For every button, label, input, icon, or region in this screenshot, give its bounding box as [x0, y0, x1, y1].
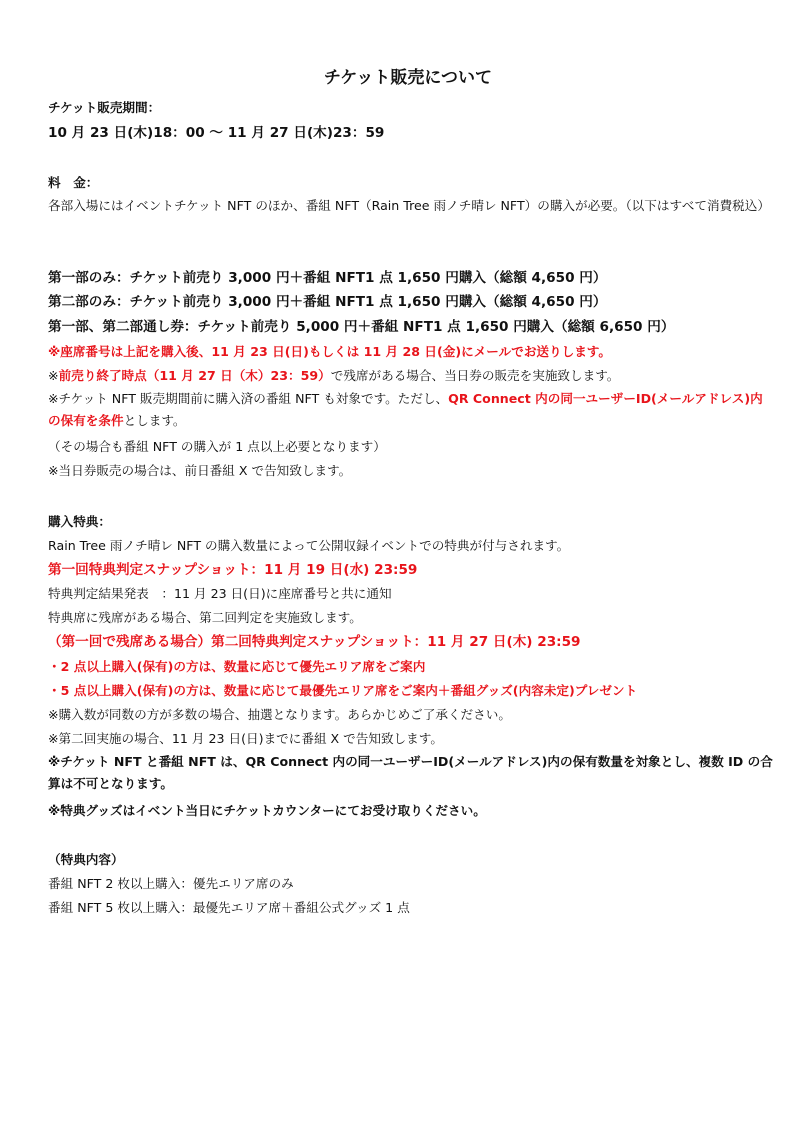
prior-nft-notice: ※チケット NFT 販売期間前に購入済の番組 NFT も対象です。ただし、QR … — [48, 388, 773, 432]
goods-pickup-notice: ※特典グッズはイベント当日にチケットカウンターにてお受け取りください。 — [48, 802, 486, 820]
price-tier-3: 第一部、第二部通し券：チケット前売り 5,000 円＋番組 NFT1 点 1,6… — [48, 318, 674, 336]
presale-end-prefix: ※ — [48, 368, 59, 383]
benefit-content-item: 番組 NFT 2 枚以上購入：優先エリア席のみ — [48, 875, 294, 893]
presale-end-highlight: 前売り終了時点（11 月 27 日（木）23：59） — [59, 368, 331, 383]
tier-5-benefit: ・5 点以上購入(保有)の方は、数量に応じて最優先エリア席をご案内＋番組グッズ(… — [48, 682, 637, 700]
benefit-contents-label: （特典内容） — [48, 851, 124, 869]
prior-nft-prefix: ※チケット NFT 販売期間前に購入済の番組 NFT も対象です。ただし、 — [48, 391, 448, 406]
benefit-content-item: 番組 NFT 5 枚以上購入：最優先エリア席＋番組公式グッズ 1 点 — [48, 899, 410, 917]
tier-2-benefit: ・2 点以上購入(保有)の方は、数量に応じて優先エリア席をご案内 — [48, 658, 425, 676]
pricing-intro: 各部入場にはイベントチケット NFT のほか、番組 NFT（Rain Tree … — [48, 195, 773, 217]
prior-nft-suffix: とします。 — [124, 413, 186, 428]
price-tier-2: 第二部のみ：チケット前売り 3,000 円＋番組 NFT1 点 1,650 円購… — [48, 293, 606, 311]
snapshot-2: （第一回で残席ある場合）第二回特典判定スナップショット：11 月 27 日(木)… — [48, 633, 581, 651]
second-round-note: 特典席に残席がある場合、第二回判定を実施致します。 — [48, 609, 362, 627]
seat-number-notice: ※座席番号は上記を購入後、11 月 23 日(日)もしくは 11 月 28 日(… — [48, 343, 611, 361]
second-round-announce: ※第二回実施の場合、11 月 23 日(日)までに番組 X で告知致します。 — [48, 730, 443, 748]
result-announcement: 特典判定結果発表 ：11 月 23 日(日)に座席番号と共に通知 — [48, 585, 392, 603]
sale-period-value: 10 月 23 日(木)18：00 〜 11 月 27 日(木)23：59 — [48, 124, 384, 142]
same-id-notice: ※チケット NFT と番組 NFT は、QR Connect 内の同一ユーザーI… — [48, 751, 773, 795]
price-tier-1: 第一部のみ：チケット前売り 3,000 円＋番組 NFT1 点 1,650 円購… — [48, 269, 606, 287]
presale-end-notice: ※前売り終了時点（11 月 27 日（木）23：59）で残席がある場合、当日券の… — [48, 367, 619, 385]
snapshot-1: 第一回特典判定スナップショット：11 月 19 日(水) 23:59 — [48, 561, 417, 579]
benefits-label: 購入特典： — [48, 513, 111, 531]
same-day-notice: ※当日券販売の場合は、前日番組 X で告知致します。 — [48, 462, 351, 480]
benefits-intro: Rain Tree 雨ノチ晴レ NFT の購入数量によって公開収録イベントでの特… — [48, 537, 569, 555]
prior-nft-subnote: （その場合も番組 NFT の購入が 1 点以上必要となります） — [48, 438, 386, 456]
lottery-notice: ※購入数が同数の方が多数の場合、抽選となります。あらかじめご了承ください。 — [48, 706, 511, 724]
pricing-label: 料 金： — [48, 174, 98, 192]
sale-period-label: チケット販売期間： — [48, 99, 160, 117]
page-title: チケット販売について — [48, 63, 768, 88]
presale-end-suffix: で残席がある場合、当日券の販売を実施致します。 — [331, 368, 620, 383]
